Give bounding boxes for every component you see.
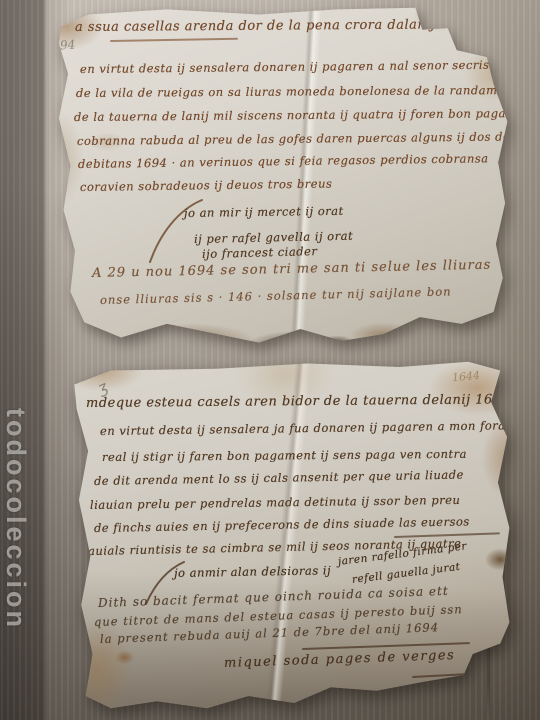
manuscript-line: real ij stigr ij faren bon pagament ij s… xyxy=(102,447,467,464)
attestation-line: jo an mir ij mercet ij orat xyxy=(184,204,344,220)
manuscript-page-2: ʒ 1644 mdeque esteua casels aren bidor d… xyxy=(56,360,514,710)
paper-sheet: 94 a ssua casellas arenda dor de la pena… xyxy=(52,6,512,346)
ink-underline xyxy=(110,38,238,42)
photo-of-manuscripts: 94 a ssua casellas arenda dor de la pena… xyxy=(0,0,540,720)
attestation-line: refell gauella jurat xyxy=(351,561,461,586)
manuscript-line: a ssua casellas arenda dor de la pena cr… xyxy=(75,17,484,35)
corner-year-note: 1644 xyxy=(451,369,480,384)
pencil-margin-note: 94 xyxy=(60,37,76,52)
manuscript-line: de dit arenda ment lo ss ij cals ansenit… xyxy=(94,468,464,488)
manuscript-line: cobranna rabuda al preu de las gofes dar… xyxy=(77,129,540,148)
attestation-line: ijo francest ciader xyxy=(202,244,318,261)
paper-sheet: ʒ 1644 mdeque esteua casels aren bidor d… xyxy=(56,360,514,710)
signature: miquel soda pages de verges xyxy=(224,648,456,671)
manuscript-line: en virtut desta ij sensalera donaren ij … xyxy=(80,58,502,76)
watermark-vertical: todocoleccion xyxy=(0,408,31,718)
ink-underline xyxy=(412,671,508,678)
manuscript-page-1: 94 a ssua casellas arenda dor de la pena… xyxy=(52,6,512,346)
manuscript-line: debitans 1694 · an verinuos que si feia … xyxy=(78,151,489,171)
manuscript-line: coravien sobradeuos ij deuos tros breus xyxy=(80,176,333,194)
manuscript-line: liauian prelu per pendrelas mada detinut… xyxy=(90,493,461,512)
attestation-line: ij per rafel gavella ij orat xyxy=(194,229,353,246)
manuscript-line: en virtut desta ij sensalera ja fua dona… xyxy=(100,418,540,438)
manuscript-line: de finchs auies en ij prefecerons de din… xyxy=(94,514,470,535)
attestation-line: jo anmir alan delsioras ij xyxy=(174,563,331,580)
manuscript-line: mdeque esteua casels aren bidor de la ta… xyxy=(86,392,510,411)
manuscript-line: de la tauerna de lanij mil siscens noran… xyxy=(74,106,538,124)
manuscript-line: de la vila de rueigas on sa liuras moned… xyxy=(76,83,513,100)
amount-line: onse lliuras sis s · 146 · solsane tur n… xyxy=(100,284,452,307)
